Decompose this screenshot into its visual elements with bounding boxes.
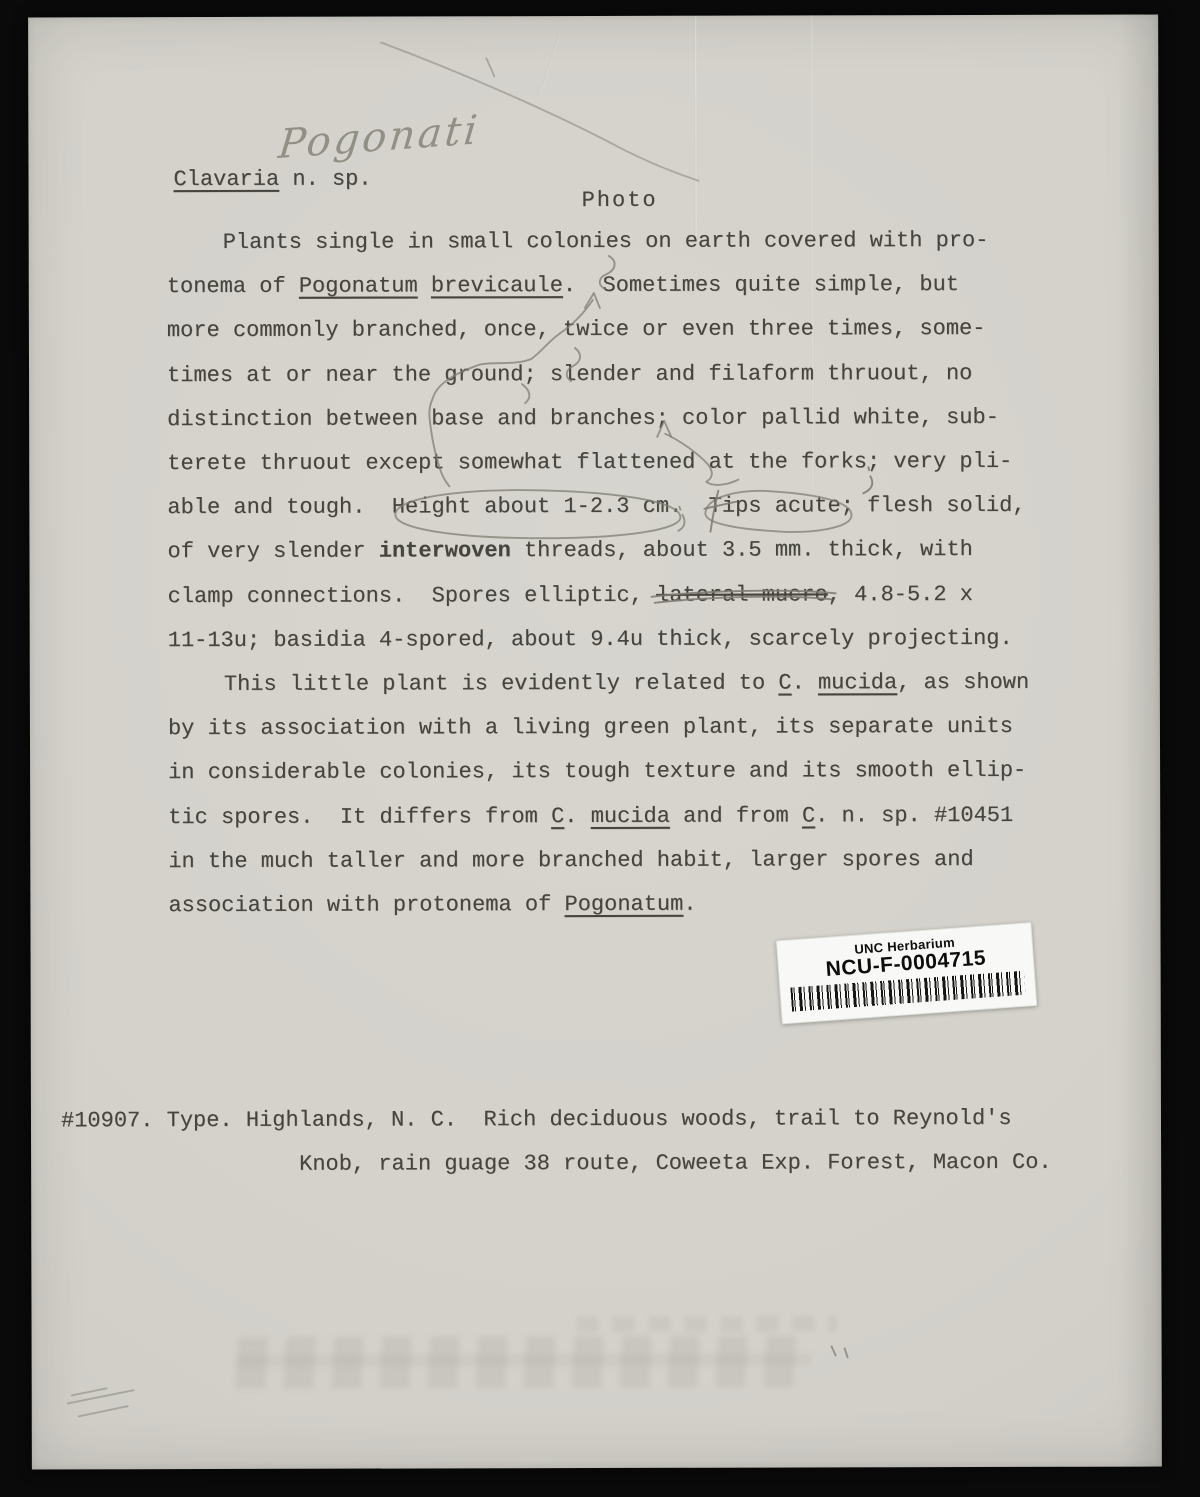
collection-note: #10907. Type. Highlands, N. C. Rich deci…: [61, 1097, 1052, 1188]
typewritten-line: tic spores. It differs from C. mucida an…: [168, 793, 1078, 840]
text-segment: mucida: [591, 803, 670, 828]
text-segment: [418, 274, 431, 299]
text-segment: terete thruout except somewhat flattened…: [167, 449, 1012, 476]
text-segment: lateral mucro: [656, 582, 828, 607]
scan-background: { "document": { "handwritten_word": "Pog…: [0, 0, 1200, 1497]
text-segment: Pogonatum: [299, 274, 418, 299]
text-segment: by its association with a living green p…: [168, 714, 1013, 741]
text-segment: clamp connections. Spores elliptic,: [168, 582, 657, 608]
typewritten-line: by its association with a living green p…: [168, 705, 1078, 752]
typewritten-line: 11-13u; basidia 4-spored, about 9.4u thi…: [168, 617, 1078, 664]
text-segment: distinction between base and branches; c…: [167, 405, 999, 432]
text-segment: association with protonema of: [168, 892, 564, 918]
text-segment: Clavaria: [173, 167, 279, 192]
text-segment: interwoven: [379, 539, 511, 564]
photo-label: Photo: [582, 188, 658, 213]
text-segment: brevicaule: [431, 273, 563, 298]
text-segment: times at or near the ground; slender and…: [167, 361, 972, 388]
text-segment: able and tough. Height about 1-2.3 cm. T…: [167, 493, 1025, 520]
pencil-tick: [845, 1348, 848, 1357]
pencil-scratch: [68, 1390, 134, 1403]
text-segment: Pogonatum: [564, 892, 683, 917]
ink-bleed-through: [577, 1315, 837, 1332]
paragraph: Plants single in small colonies on earth…: [167, 219, 1078, 663]
text-segment: tonema of: [167, 274, 299, 299]
text-segment: threads, about 3.5 mm. thick, with: [511, 537, 973, 563]
text-segment: .: [792, 670, 818, 695]
pencil-tick: [486, 58, 494, 76]
pencil-scratch: [79, 1406, 128, 1416]
page-edge-shadow: [1118, 15, 1162, 1467]
herbarium-barcode-label: UNC Herbarium NCU-F-0004715: [776, 922, 1037, 1024]
typewritten-line: able and tough. Height about 1-2.3 cm. T…: [167, 484, 1077, 531]
note-line: Knob, rain guage 38 route, Coweeta Exp. …: [61, 1141, 1052, 1188]
typewritten-line: in the much taller and more branched hab…: [168, 838, 1078, 885]
fold-crease: [694, 16, 698, 241]
typewritten-line: clamp connections. Spores elliptic, late…: [168, 572, 1078, 619]
typewritten-line: This little plant is evidently related t…: [168, 661, 1078, 708]
typewritten-line: terete thruout except somewhat flattened…: [167, 440, 1077, 487]
text-segment: This little plant is evidently related t…: [224, 671, 779, 697]
typewritten-line: in considerable colonies, its tough text…: [168, 749, 1078, 796]
text-segment: , 4.8-5.2 x: [828, 582, 973, 607]
text-segment: mucida: [818, 670, 897, 695]
typewritten-line: of very slender interwoven threads, abou…: [167, 528, 1077, 575]
text-segment: , as shown: [897, 670, 1029, 695]
text-segment: n. sp.: [279, 167, 371, 192]
text-segment: . Sometimes quite simple, but: [563, 272, 959, 298]
text-segment: C: [778, 671, 791, 696]
species-title: Clavaria n. sp.: [173, 165, 371, 196]
text-segment: .: [564, 804, 590, 829]
text-segment: and from: [670, 803, 802, 828]
fold-crease: [538, 31, 561, 98]
typewritten-line: Plants single in small colonies on earth…: [167, 219, 1077, 266]
text-segment: 11-13u; basidia 4-spored, about 9.4u thi…: [168, 626, 1013, 653]
paragraph: This little plant is evidently related t…: [168, 661, 1079, 929]
text-segment: in the much taller and more branched hab…: [168, 847, 973, 874]
typescript-body: Plants single in small colonies on earth…: [167, 219, 1079, 929]
text-segment: tic spores. It differs from: [168, 804, 551, 830]
text-segment: . n. sp. #10451: [815, 803, 1013, 829]
typewritten-line: distinction between base and branches; c…: [167, 396, 1077, 443]
handwritten-annotation: Pogonati: [276, 107, 482, 168]
typewritten-line: tonema of Pogonatum brevicaule. Sometime…: [167, 263, 1077, 310]
text-segment: more commonly branched, once, twice or e…: [167, 316, 986, 343]
ink-bleed-through: [235, 1335, 813, 1389]
document-page: Pogonati Clavaria n. sp. Photo Plants si…: [28, 15, 1162, 1470]
text-segment: C: [802, 803, 815, 828]
text-segment: of very slender: [167, 539, 378, 565]
pencil-scratch: [72, 1388, 107, 1395]
text-segment: in considerable colonies, its tough text…: [168, 758, 1026, 785]
typewritten-line: times at or near the ground; slender and…: [167, 351, 1077, 398]
text-segment: .: [683, 892, 696, 917]
pencil-tick: [832, 1346, 836, 1355]
text-segment: Plants single in small colonies on earth…: [223, 228, 989, 255]
typewritten-line: association with protonema of Pogonatum.: [168, 882, 1078, 929]
text-segment: C: [551, 804, 564, 829]
note-line: #10907. Type. Highlands, N. C. Rich deci…: [61, 1097, 1052, 1144]
typewritten-line: more commonly branched, once, twice or e…: [167, 307, 1077, 354]
